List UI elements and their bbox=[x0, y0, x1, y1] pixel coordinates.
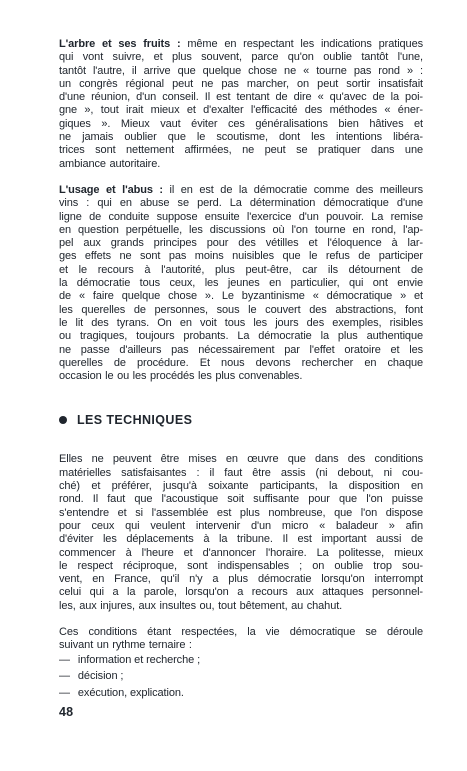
text-line: d'éviter les déplacements à la tribune. … bbox=[59, 533, 423, 546]
list-item-text: exécution, explication. bbox=[78, 687, 184, 700]
dash-marker: — bbox=[59, 687, 70, 700]
text-line: tantôt l'autre, il arrive que quelque ch… bbox=[59, 65, 423, 78]
text-line: qui vont suivre, et plus souvent, parce … bbox=[59, 51, 423, 64]
page-number: 48 bbox=[59, 705, 73, 719]
text-line: celui qui a la parole, lorsqu'on a recou… bbox=[59, 586, 423, 599]
text-line: vent, en France, qu'il n'y a plus démocr… bbox=[59, 573, 423, 586]
dash-marker: — bbox=[59, 670, 70, 683]
text-line: gne », tout irait mieux et d'exalter l'e… bbox=[59, 104, 423, 117]
text-line: et le recours à l'autorité, plus peut-êt… bbox=[59, 264, 423, 277]
text-line: suivant un rythme ternaire : bbox=[59, 639, 423, 652]
text-line: vins : qui en abuse se perd. La détermin… bbox=[59, 197, 423, 210]
text-line: giques ». Mieux vaut éviter ces générali… bbox=[59, 118, 423, 131]
text-line: Ces conditions étant respectées, la vie … bbox=[59, 626, 423, 639]
list: —information et recherche ;—décision ;—e… bbox=[59, 654, 423, 701]
list-item: —information et recherche ; bbox=[59, 654, 423, 667]
text-line: rond. Il faut que l'acoustique soit suff… bbox=[59, 493, 423, 506]
text-line: le lit des tyrans. On en voit tous les j… bbox=[59, 317, 423, 330]
text-line: les, aux injures, aux insultes ou, tout … bbox=[59, 600, 423, 613]
text-line: pour ceux qui veulent intervenir d'un mi… bbox=[59, 520, 423, 533]
paragraph: Ces conditions étant respectées, la vie … bbox=[59, 626, 423, 653]
paragraph-lead: L'arbre et ses fruits : bbox=[59, 38, 181, 50]
text-line: ges effets ne sont pas moins nuisibles q… bbox=[59, 250, 423, 263]
list-item-text: décision ; bbox=[78, 670, 123, 683]
text-line: de « faire quelque chose ». Le byzantini… bbox=[59, 290, 423, 303]
text-line: commencer à l'heure et d'annoncer l'hora… bbox=[59, 547, 423, 560]
text-line: les querelles de personnes, sous le couv… bbox=[59, 304, 423, 317]
text-line: la démocratie tous ceux, les jeunes en p… bbox=[59, 277, 423, 290]
paragraph-lead: L'usage et l'abus : bbox=[59, 184, 163, 196]
heading-label: LES TECHNIQUES bbox=[77, 412, 192, 428]
text-line: ligne de conduite suppose ensuite l'exer… bbox=[59, 211, 423, 224]
text-line: en question perpétuelle, les discussions… bbox=[59, 224, 423, 237]
text-line: trices sont nettement affirmées, ne peut… bbox=[59, 144, 423, 157]
text-line: L'arbre et ses fruits : même en respecta… bbox=[59, 38, 423, 51]
dash-marker: — bbox=[59, 654, 70, 667]
text-line: matérielles satisfaisantes : il faut êtr… bbox=[59, 467, 423, 480]
text-line: le respect réciproque, sont indispensabl… bbox=[59, 560, 423, 573]
paragraph: L'usage et l'abus : il en est de la démo… bbox=[59, 184, 423, 383]
text-line: L'usage et l'abus : il en est de la démo… bbox=[59, 184, 423, 197]
text-line: d'une réunion, d'un conseil. Il est tent… bbox=[59, 91, 423, 104]
paragraph: L'arbre et ses fruits : même en respecta… bbox=[59, 38, 423, 171]
text-line: Elles ne peuvent être mises en œuvre que… bbox=[59, 453, 423, 466]
list-item: —décision ; bbox=[59, 670, 423, 683]
text-line: un congrès régional peut ne pas marcher,… bbox=[59, 78, 423, 91]
text-line: ne passe d'ailleurs pas nécessairement p… bbox=[59, 344, 423, 357]
text-line: ne jamais oublier que le scoutisme, dont… bbox=[59, 131, 423, 144]
text-block: L'arbre et ses fruits : même en respecta… bbox=[59, 38, 423, 700]
list-item: —exécution, explication. bbox=[59, 687, 423, 700]
bullet-icon bbox=[59, 416, 67, 424]
list-item-text: information et recherche ; bbox=[78, 654, 200, 667]
book-page: L'arbre et ses fruits : même en respecta… bbox=[0, 0, 467, 771]
text-line: querelles de procédure. Et nous devons r… bbox=[59, 357, 423, 370]
text-line: ché) et préférer, jusqu'à soixante parti… bbox=[59, 480, 423, 493]
text-line: ou tragiques, toujours probants. La démo… bbox=[59, 330, 423, 343]
text-line: s'entendre et si l'assemblée est plus no… bbox=[59, 507, 423, 520]
section-heading: LES TECHNIQUES bbox=[59, 412, 423, 428]
text-line: ambiance autoritaire. bbox=[59, 158, 423, 171]
text-line: occasion le ou les procédés les plus con… bbox=[59, 370, 423, 383]
text-line: pel aux grands principes pour des vétill… bbox=[59, 237, 423, 250]
paragraph: Elles ne peuvent être mises en œuvre que… bbox=[59, 453, 423, 613]
